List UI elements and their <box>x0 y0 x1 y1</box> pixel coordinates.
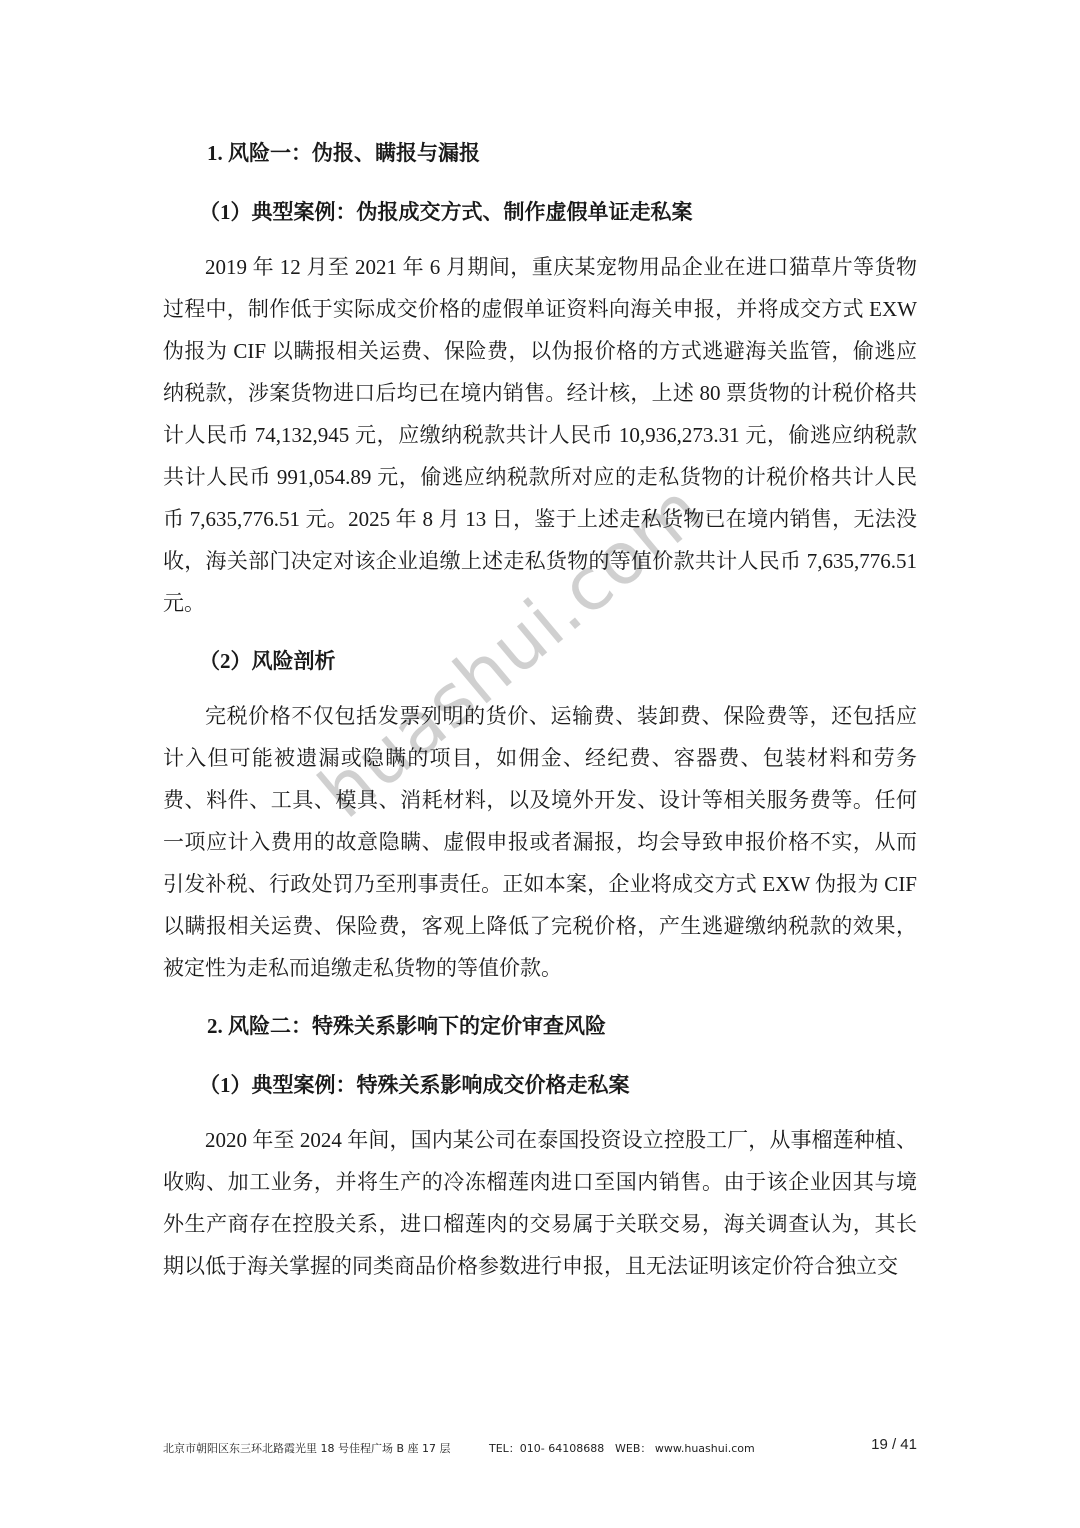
case-2-paragraph: 2020 年至 2024 年间，国内某公司在泰国投资设立控股工厂，从事榴莲种植、… <box>163 1119 917 1287</box>
subsection-heading-case-1: （1）典型案例：伪报成交方式、制作虚假单证走私案 <box>163 187 917 237</box>
page-content: 1. 风险一：伪报、瞒报与漏报 （1）典型案例：伪报成交方式、制作虚假单证走私案… <box>163 128 917 1287</box>
page-footer: 北京市朝阳区东三环北路霞光里 18 号佳程广场 B 座 17 层 TEL：010… <box>163 1436 917 1458</box>
case-1-paragraph: 2019 年 12 月至 2021 年 6 月期间，重庆某宠物用品企业在进口猫草… <box>163 246 917 624</box>
page-number: 19 / 41 <box>871 1436 917 1453</box>
section-heading-risk-1: 1. 风险一：伪报、瞒报与漏报 <box>163 128 917 178</box>
footer-tel: TEL：010- 64108688 <box>489 1440 604 1456</box>
subsection-heading-analysis-1: （2）风险剖析 <box>163 636 917 686</box>
subsection-heading-case-2: （1）典型案例：特殊关系影响成交价格走私案 <box>163 1060 917 1110</box>
footer-address: 北京市朝阳区东三环北路霞光里 18 号佳程广场 B 座 17 层 <box>163 1440 451 1456</box>
analysis-1-paragraph: 完税价格不仅包括发票列明的货价、运输费、装卸费、保险费等，还包括应计入但可能被遗… <box>163 695 917 989</box>
footer-web: WEB： www.huashui.com <box>615 1440 755 1456</box>
document-page: huashui.com 1. 风险一：伪报、瞒报与漏报 （1）典型案例：伪报成交… <box>0 0 1080 1528</box>
section-heading-risk-2: 2. 风险二：特殊关系影响下的定价审查风险 <box>163 1001 917 1051</box>
